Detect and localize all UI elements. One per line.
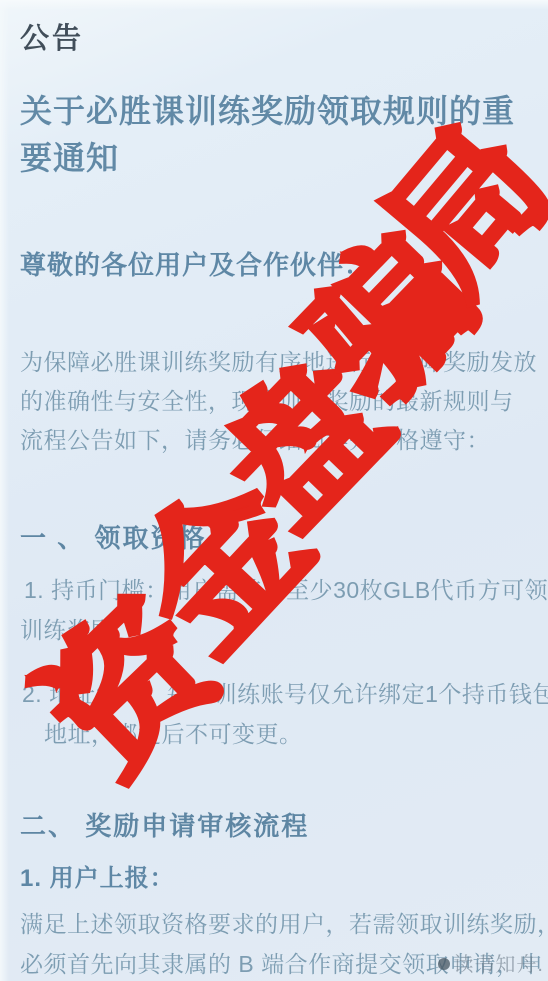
section2-subheading: 1. 用户上报： <box>20 858 175 893</box>
section2-paragraph-line1: 满足上述领取资格要求的用户，若需领取训练奖励， <box>20 906 548 939</box>
watermark-text: 读书知舟. <box>453 954 544 976</box>
announcement-page: 公告 关于必胜课训练奖励领取规则的重要通知 尊敬的各位用户及合作伙伴： 为保障必… <box>0 0 548 981</box>
page-header: 公告 <box>20 16 84 57</box>
page-left-edge <box>0 0 9 981</box>
page-top-edge <box>0 0 548 10</box>
watermark-logo-icon <box>438 958 450 970</box>
account-watermark: 读书知舟. <box>438 948 544 977</box>
section2-heading: 二、 奖励申请审核流程 <box>20 806 309 843</box>
